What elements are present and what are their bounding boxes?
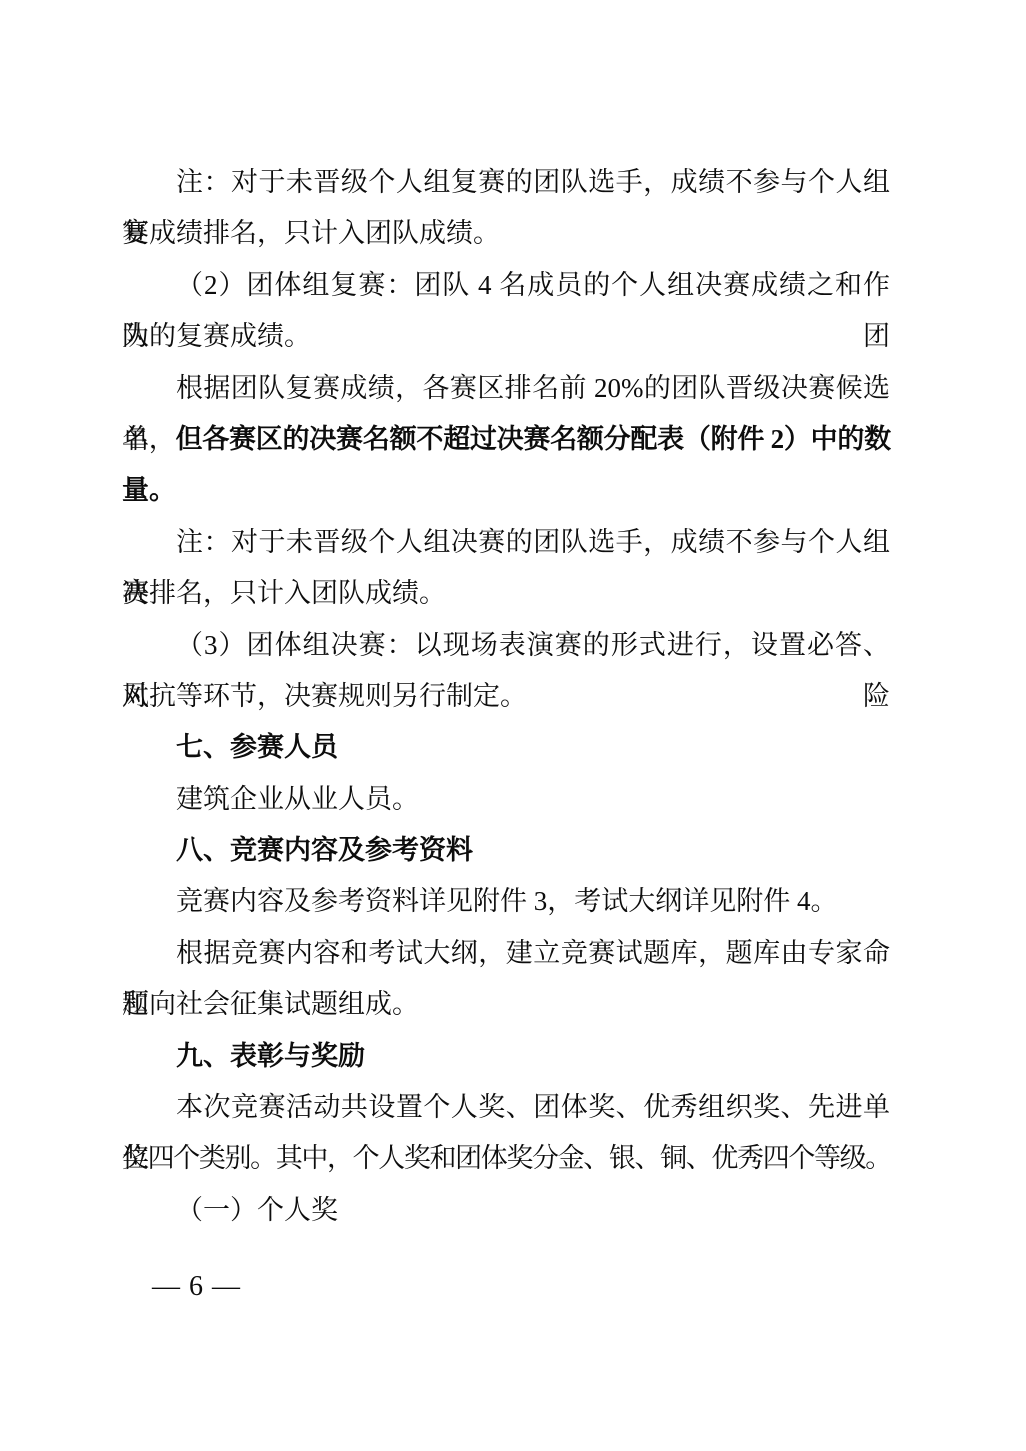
page-number: — 6 — [152,1267,241,1307]
section-heading-eight: 八、竞赛内容及参考资料 [122,825,890,876]
doc-line-quota-c: 量。 [122,465,890,516]
doc-line-materials: 竞赛内容及参考资料详见附件 3，考试大纲详见附件 4。 [122,876,890,927]
section-heading-nine: 九、表彰与奖励 [122,1031,890,1082]
document-body: 注：对于未晋级个人组复赛的团队选手，成绩不参与个人组复 赛成绩排名，只计入团队成… [122,157,890,1236]
doc-line-questionbank-b: 和向社会征集试题组成。 [122,979,890,1030]
doc-line-item-2a: （2）团体组复赛：团队 4 名成员的个人组决赛成绩之和作为团 [122,260,890,311]
doc-text-bold-emphasis: 但各赛区的决赛名额不超过决赛名额分配表（附件 2）中的数 [176,424,890,454]
doc-line-item-3a: （3）团体组决赛：以现场表演赛的形式进行，设置必答、风险 [122,620,890,671]
doc-line-note-2b: 赛排名，只计入团队成绩。 [122,568,890,619]
document-page: 注：对于未晋级个人组复赛的团队选手，成绩不参与个人组复 赛成绩排名，只计入团队成… [0,0,1026,1451]
doc-line-quota-a: 根据团队复赛成绩，各赛区排名前 20%的团队晋级决赛候选名 [122,363,890,414]
section-heading-seven: 七、参赛人员 [122,722,890,773]
doc-line-note-2a: 注：对于未晋级个人组决赛的团队选手，成绩不参与个人组决 [122,517,890,568]
doc-line-note-1b: 赛成绩排名，只计入团队成绩。 [122,208,890,259]
doc-line-awards-a: 本次竞赛活动共设置个人奖、团体奖、优秀组织奖、先进单位 [122,1082,890,1133]
doc-line-quota-b: 单，但各赛区的决赛名额不超过决赛名额分配表（附件 2）中的数 [122,414,890,465]
doc-line-questionbank-a: 根据竞赛内容和考试大纲，建立竞赛试题库，题库由专家命题 [122,928,890,979]
doc-line-note-1a: 注：对于未晋级个人组复赛的团队选手，成绩不参与个人组复 [122,157,890,208]
doc-text-normal: 单， [122,424,176,454]
subsection-heading-individual-award: （一）个人奖 [122,1185,890,1236]
doc-line-awards-b: 奖四个类别。其中，个人奖和团体奖分金、银、铜、优秀四个等级。 [122,1133,890,1184]
doc-line-participants: 建筑企业从业人员。 [122,774,890,825]
